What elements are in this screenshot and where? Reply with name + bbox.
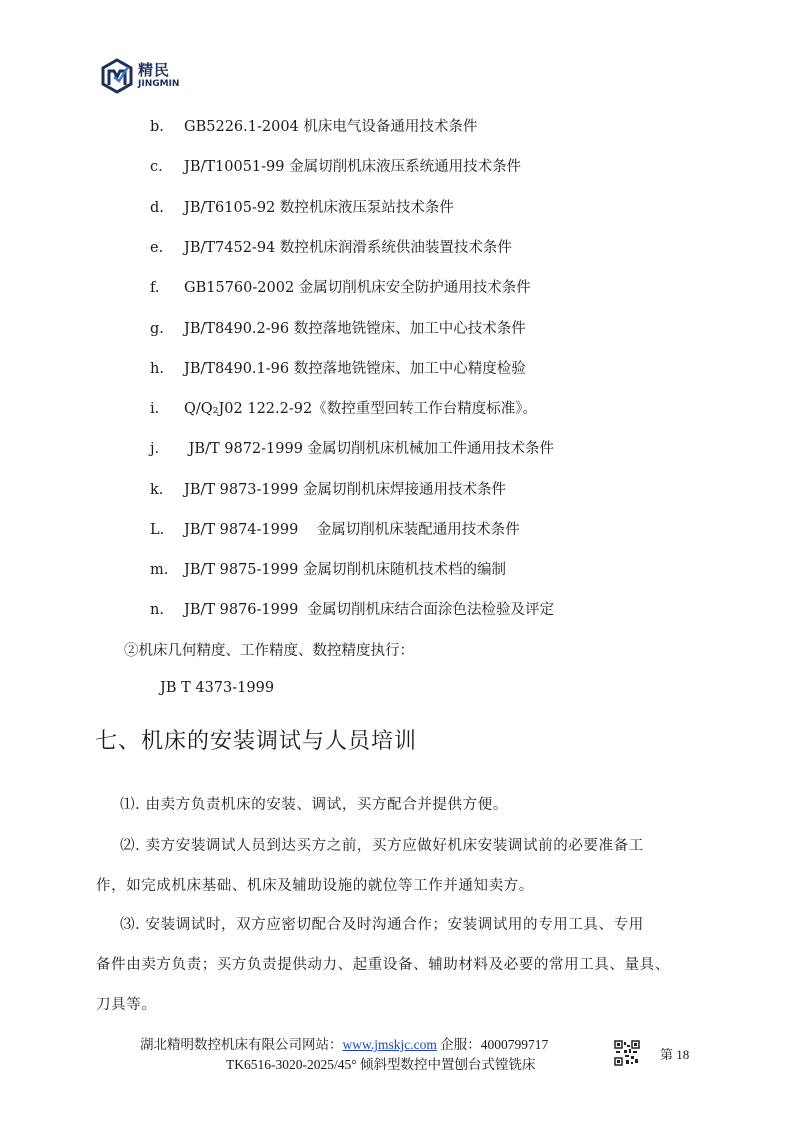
reference-label: h. [150, 361, 184, 377]
reference-text: JB/T 9876-1999 金属切削机床结合面涂色法检验及评定 [184, 602, 554, 618]
reference-item: j. JB/T 9872-1999 金属切削机床机械加工件通用技术条件 [150, 437, 554, 458]
reference-item: e.JB/T7452-94 数控机床润滑系统供油装置技术条件 [150, 236, 512, 257]
footer-service-hotline: 企服：4000799717 [437, 1037, 548, 1052]
reference-label: c. [150, 159, 184, 175]
reference-text: Q/Q₂J02 122.2-92《数控重型回转工作台精度标准》。 [184, 401, 537, 417]
paragraph-3-line-3: 刀具等。 [96, 993, 156, 1014]
reference-text: JB/T8490.2-96 数控落地铣镗床、加工中心技术条件 [184, 321, 526, 337]
reference-label: b. [150, 119, 184, 135]
reference-item: d.JB/T6105-92 数控机床液压泵站技术条件 [150, 196, 454, 217]
reference-text: JB/T 9875-1999 金属切削机床随机技术档的编制 [184, 562, 506, 578]
precision-note: ②机床几何精度、工作精度、数控精度执行： [124, 639, 414, 660]
paragraph-2-line-2: 作，如完成机床基础、机床及辅助设施的就位等工作并通知卖方。 [96, 874, 534, 895]
reference-item: h.JB/T8490.1-96 数控落地铣镗床、加工中心精度检验 [150, 357, 526, 378]
reference-label: k. [150, 482, 184, 498]
reference-item: n.JB/T 9876-1999 金属切削机床结合面涂色法检验及评定 [150, 598, 554, 619]
reference-text: JB/T 9872-1999 金属切削机床机械加工件通用技术条件 [184, 441, 554, 457]
reference-item: k.JB/T 9873-1999 金属切削机床焊接通用技术条件 [150, 478, 506, 499]
reference-item: m.JB/T 9875-1999 金属切削机床随机技术档的编制 [150, 558, 506, 579]
footer-company-prefix: 湖北精明数控机床有限公司网站： [140, 1037, 343, 1052]
paragraph-2-line-1: ⑵. 卖方安装调试人员到达买方之前，买方应做好机床安装调试前的必要准备工 [120, 834, 644, 855]
reference-label: n. [150, 602, 184, 618]
reference-item: L.JB/T 9874-1999 金属切削机床装配通用技术条件 [150, 518, 520, 539]
logo-english-text: JINGMIN [138, 80, 179, 89]
logo-chinese-text: 精民 [138, 63, 179, 78]
reference-item: i.Q/Q₂J02 122.2-92《数控重型回转工作台精度标准》。 [150, 397, 537, 418]
footer-company-line: 湖北精明数控机床有限公司网站：www.jmskjc.com 企服：4000799… [140, 1033, 548, 1053]
page-number: 第 18 [660, 1044, 689, 1063]
reference-label: i. [150, 401, 184, 417]
footer-website-link[interactable]: www.jmskjc.com [343, 1037, 437, 1052]
reference-text: JB/T7452-94 数控机床润滑系统供油装置技术条件 [184, 240, 512, 256]
reference-label: d. [150, 200, 184, 216]
reference-label: m. [150, 562, 184, 578]
reference-text: JB/T 9874-1999 金属切削机床装配通用技术条件 [184, 522, 520, 538]
paragraph-3-line-2: 备件由卖方负责；买方负责提供动力、起重设备、辅助材料及必要的常用工具、量具、 [96, 953, 670, 974]
section-title: 七、机床的安装调试与人员培训 [95, 724, 417, 755]
reference-item: f.GB15760-2002 金属切削机床安全防护通用技术条件 [150, 276, 531, 297]
reference-item: g.JB/T8490.2-96 数控落地铣镗床、加工中心技术条件 [150, 317, 526, 338]
reference-item: b.GB5226.1-2004 机床电气设备通用技术条件 [150, 115, 477, 136]
paragraph-1: ⑴. 由卖方负责机床的安装、调试，买方配合并提供方便。 [120, 793, 508, 814]
reference-item: c.JB/T10051-99 金属切削机床液压系统通用技术条件 [150, 155, 521, 176]
qr-code-icon [614, 1040, 640, 1066]
precision-standard: JB T 4373-1999 [160, 680, 274, 696]
reference-text: JB/T10051-99 金属切削机床液压系统通用技术条件 [184, 159, 521, 175]
reference-label: L. [150, 522, 184, 538]
reference-label: j. [150, 441, 184, 457]
reference-text: JB/T8490.1-96 数控落地铣镗床、加工中心精度检验 [184, 361, 526, 377]
reference-label: g. [150, 321, 184, 337]
paragraph-3-line-1: ⑶. 安装调试时，双方应密切配合及时沟通合作；安装调试用的专用工具、专用 [120, 913, 644, 934]
reference-text: GB5226.1-2004 机床电气设备通用技术条件 [184, 119, 477, 135]
reference-text: GB15760-2002 金属切削机床安全防护通用技术条件 [184, 280, 531, 296]
reference-text: JB/T 9873-1999 金属切削机床焊接通用技术条件 [184, 482, 506, 498]
footer-product-line: TK6516-3020-2025/45° 倾斜型数控中置刨台式镗铣床 [226, 1053, 536, 1073]
reference-label: f. [150, 280, 184, 296]
reference-label: e. [150, 240, 184, 256]
company-logo: 精民 JINGMIN [100, 56, 179, 96]
reference-text: JB/T6105-92 数控机床液压泵站技术条件 [184, 200, 454, 216]
jingmin-logo-icon [100, 58, 134, 94]
